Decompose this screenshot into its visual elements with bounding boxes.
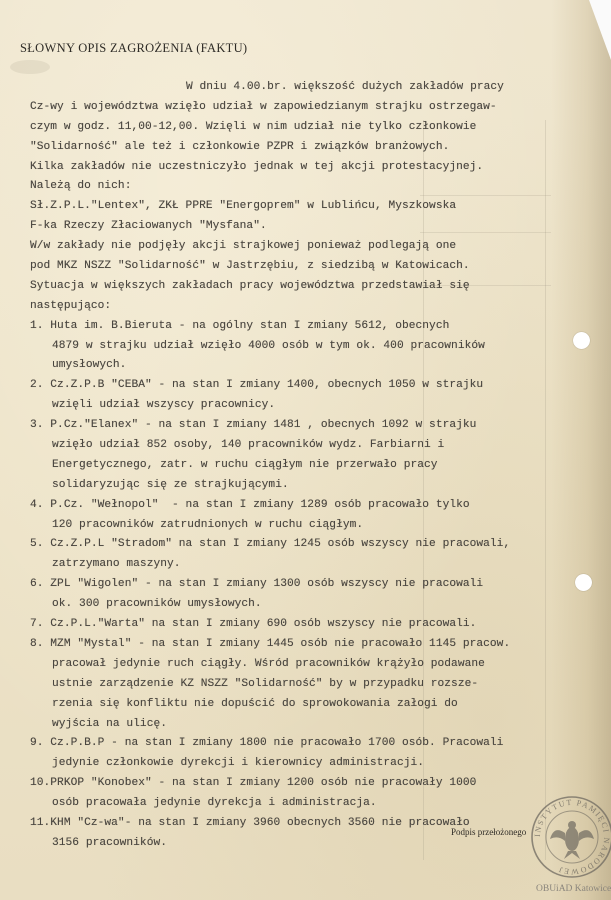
text-line: 4. P.Cz. "Wełnopol" - na stan I zmiany 1… [30,496,590,516]
text-line: ustnie zarządzenie KZ NSZZ "Solidarność"… [30,675,590,695]
text-line: Cz-wy i województwa wzięło udział w zapo… [30,98,590,118]
text-line: zatrzymano maszyny. [30,555,590,575]
ipn-eagle-stamp-icon: INSTYTUT PAMIĘCI NARODOWEJ [530,795,611,879]
text-line: 120 pracowników zatrudnionych w ruchu ci… [30,516,590,536]
text-line: jedynie członkowie dyrekcji i kierownicy… [30,754,590,774]
text-line: 10.PRKOP "Konobex" - na stan I zmiany 12… [30,774,590,794]
text-line: 5. Cz.Z.P.L "Stradom" na stan I zmiany 1… [30,535,590,555]
text-line: wzięło udział 852 osoby, 140 pracowników… [30,436,590,456]
text-line: 9. Cz.P.B.P - na stan I zmiany 1800 nie … [30,734,590,754]
text-line: W/w zakłady nie podjęły akcji strajkowej… [30,237,590,257]
punch-hole [575,574,592,591]
text-line: 7. Cz.P.L."Warta" na stan I zmiany 690 o… [30,615,590,635]
text-line: 1. Huta im. B.Bieruta - na ogólny stan I… [30,317,590,337]
paper-smudge [10,60,50,74]
text-line: "Solidarność" ale też i członkowie PZPR … [30,138,590,158]
text-line: osób pracowała jedynie dyrekcja i admini… [30,794,590,814]
text-line: czym w godz. 11,00-12,00. Wzięli w nim u… [30,118,590,138]
text-line: umysłowych. [30,356,590,376]
text-line: wzięli udział wszyscy pracownicy. [30,396,590,416]
text-line: 4879 w strajku udział wzięło 4000 osób w… [30,337,590,357]
text-line: Sytuacja w większych zakładach pracy woj… [30,277,590,297]
text-line: 2. Cz.Z.P.B "CEBA" - na stan I zmiany 14… [30,376,590,396]
text-line: rzenia się konfliktu nie dopuścić do spr… [30,695,590,715]
punch-hole [573,332,590,349]
text-line: W dniu 4.00.br. większość dużych zakładó… [30,78,590,98]
signature-label: Podpis przełożonego [451,827,526,837]
text-line: 6. ZPL "Wigolen" - na stan I zmiany 1300… [30,575,590,595]
text-line: Kilka zakładów nie uczestniczyło jednak … [30,158,590,178]
document-heading: SŁOWNY OPIS ZAGROŻENIA (FAKTU) [20,41,247,56]
archive-label: OBUiAD Katowice [536,884,611,894]
text-line: wyjścia na ulicę. [30,715,590,735]
text-line: Sł.Z.P.L."Lentex", ZKŁ PPRE "Energoprem"… [30,197,590,217]
folded-corner [589,0,611,60]
text-line: 8. MZM "Mystal" - na stan I zmiany 1445 … [30,635,590,655]
text-line: następująco: [30,297,590,317]
text-line: Należą do nich: [30,177,590,197]
text-line: F-ka Rzeczy Złaciowanych "Mysfana". [30,217,590,237]
document-body: W dniu 4.00.br. większość dużych zakładó… [30,78,590,854]
text-line: pracował jedynie ruch ciągły. Wśród prac… [30,655,590,675]
text-line: 3. P.Cz."Elanex" - na stan I zmiany 1481… [30,416,590,436]
document-page: SŁOWNY OPIS ZAGROŻENIA (FAKTU) W dniu 4.… [0,0,611,900]
text-line: pod MKZ NSZZ "Solidarność" w Jastrzębiu,… [30,257,590,277]
text-line: Energetycznego, zatr. w ruchu ciągłym ni… [30,456,590,476]
text-line: solidaryzując się ze strajkującymi. [30,476,590,496]
text-line: ok. 300 pracowników umysłowych. [30,595,590,615]
